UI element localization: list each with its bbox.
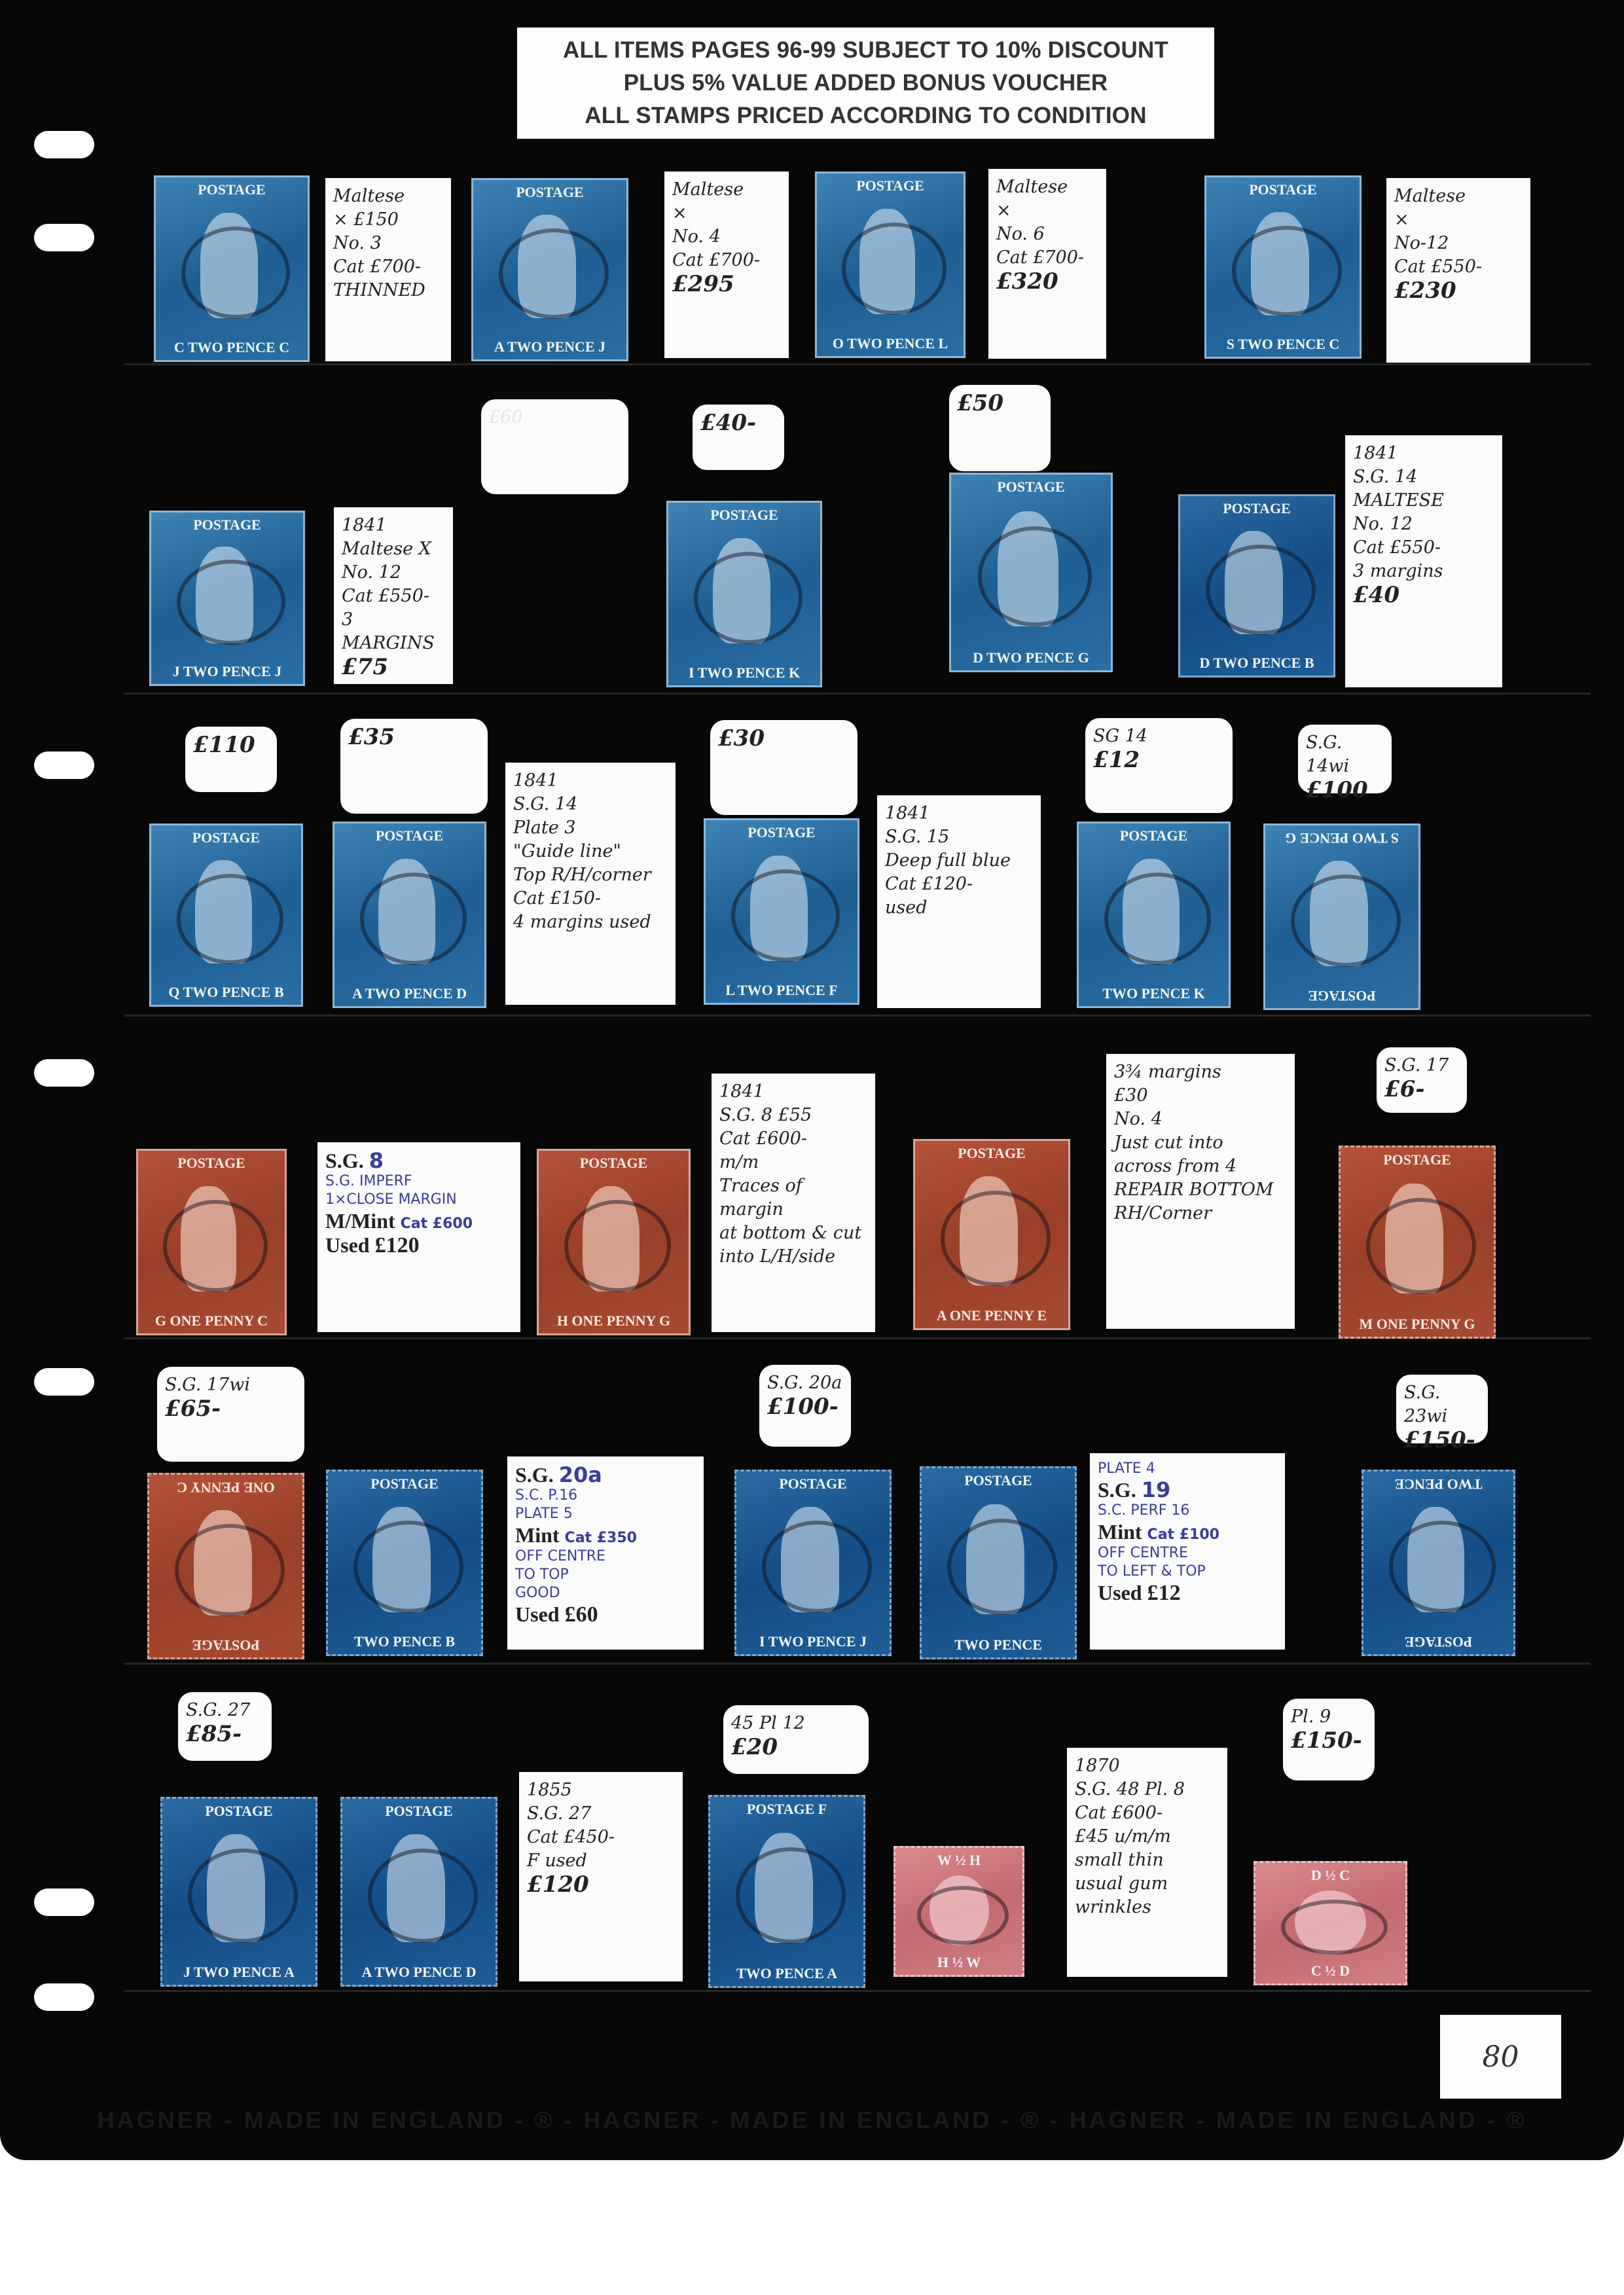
queen-victoria-portrait-icon: [1184, 517, 1329, 655]
price-label: PLATE 4S.G. 19S.C. PERF 16Mint Cat £100O…: [1090, 1453, 1285, 1650]
postmark-cancel-icon: [694, 552, 803, 644]
strip-divider: [124, 1015, 1591, 1017]
catalogue-value: Cat £100: [1147, 1527, 1219, 1543]
price: £65-: [165, 1397, 297, 1420]
used-text: Used: [1098, 1581, 1142, 1604]
price-label: S.G. 27£85-: [178, 1692, 272, 1761]
label-mint: Mint Cat £100: [1098, 1520, 1277, 1544]
price: £320: [996, 270, 1098, 293]
stamp-bottom-inscription: A TWO PENCE D: [338, 985, 480, 1002]
stamp-top-inscription: W ½ H: [899, 1852, 1019, 1869]
queen-victoria-portrait-icon: [1269, 846, 1415, 987]
price-label: Maltese × £150 No. 3 Cat £700- THINNED: [325, 178, 451, 361]
stamp-top-inscription: ONE PENNY C: [153, 1479, 298, 1496]
price-label: 1841 S.G. 15 Deep full blue Cat £120- us…: [877, 795, 1041, 1008]
price-label: Pl. 9£150-: [1283, 1699, 1375, 1780]
stamp-bottom-inscription: TWO PENCE A: [714, 1965, 859, 1982]
label-sg-number: S.G. 20a: [515, 1463, 696, 1487]
strip-divider: [124, 1663, 1591, 1665]
label-used: Used £60: [515, 1602, 696, 1627]
stamp: POSTAGEA ONE PENNY E: [913, 1139, 1070, 1330]
stamp-bottom-inscription: TWO PENCE: [926, 1636, 1071, 1653]
price-label: 45 Pl 12£20: [723, 1705, 869, 1774]
stamp-top-inscription: D ½ C: [1259, 1867, 1401, 1884]
price-label: S.G. 20aS.C. P.16 PLATE 5Mint Cat £350OF…: [507, 1456, 704, 1650]
stamp-top-inscription: POSTAGE: [955, 479, 1107, 496]
postmark-cancel-icon: [181, 226, 290, 319]
postmark-cancel-icon: [736, 1847, 845, 1943]
label-note: S.G. 20a: [767, 1371, 843, 1395]
price-label: SG 14£12: [1085, 718, 1233, 813]
price-label: £110: [185, 727, 277, 792]
queen-victoria-portrait-icon: [1210, 198, 1356, 336]
stamp: POSTAGEM ONE PENNY G: [1339, 1146, 1496, 1339]
postmark-cancel-icon: [368, 1849, 477, 1943]
stamp-bottom-inscription: D TWO PENCE B: [1184, 655, 1329, 672]
stamp: POSTAGEJ TWO PENCE J: [149, 511, 305, 686]
stamp-bottom-inscription: TWO PENCE K: [1083, 985, 1225, 1002]
label-note: S.G. IMPERF 1×CLOSE MARGIN: [325, 1172, 513, 1209]
stamp: POSTAGEL TWO PENCE F: [704, 818, 859, 1005]
strip-divider: [124, 693, 1591, 695]
postmark-cancel-icon: [564, 1200, 672, 1292]
stamp: POSTAGES TWO PENCE C: [1204, 175, 1362, 359]
stamp-top-inscription: POSTAGE: [338, 827, 480, 844]
sg-value: 8: [369, 1148, 384, 1173]
stamp-bottom-inscription: J TWO PENCE J: [155, 663, 299, 680]
label-note: 1841 S.G. 14 Plate 3 "Guide line" Top R/…: [513, 769, 668, 934]
price-label: £60: [481, 399, 628, 494]
price: £150-: [1404, 1428, 1480, 1452]
postmark-cancel-icon: [731, 869, 840, 962]
price: £20: [731, 1735, 861, 1759]
price: £40: [1353, 583, 1494, 607]
label-note: S.G. 27: [186, 1699, 264, 1722]
punch-hole: [34, 1368, 94, 1396]
queen-victoria-portrait-icon: [919, 1162, 1064, 1307]
label-note: S.G. 17wi: [165, 1373, 297, 1397]
punch-hole: [34, 1983, 94, 2011]
used-text: Used: [515, 1602, 560, 1626]
price-label: S.G. 20a£100-: [759, 1365, 851, 1447]
label-note: SG 14: [1093, 725, 1225, 748]
stamp: POSTAGEA TWO PENCE D: [340, 1797, 497, 1987]
postmark-cancel-icon: [842, 223, 947, 315]
price-label: £30: [710, 720, 857, 815]
stamp: POSTAGEA TWO PENCE J: [471, 178, 628, 361]
label-sg-number: S.G. 8: [325, 1149, 513, 1172]
queen-victoria-portrait-icon: [926, 1489, 1071, 1636]
stamp-top-inscription: POSTAGE: [543, 1155, 685, 1172]
queen-victoria-portrait-icon: [142, 1172, 281, 1312]
postmark-cancel-icon: [1232, 226, 1341, 316]
price-label: 1841 S.G. 14 MALTESE No. 12 Cat £550- 3 …: [1345, 435, 1502, 687]
stamp: POSTAGETWO PENCE: [920, 1466, 1077, 1659]
price-label: 1855 S.G. 27 Cat £450- F used£120: [519, 1772, 683, 1981]
queen-victoria-portrait-icon: [714, 1818, 859, 1965]
label-note: 1870 S.G. 48 Pl. 8 Cat £600- £45 u/m/m s…: [1075, 1754, 1219, 1919]
used-text: Used: [325, 1233, 370, 1257]
label-note: Pl. 9: [1291, 1705, 1367, 1729]
queen-victoria-portrait-icon: [160, 198, 304, 339]
price: £75: [342, 655, 445, 679]
stamp: POSTAGEI TWO PENCE J: [734, 1470, 892, 1656]
postmark-cancel-icon: [177, 560, 285, 645]
price-label: 1841 Maltese X No. 12 Cat £550- 3 MARGIN…: [334, 507, 453, 684]
stamp-top-inscription: POSTAGE F: [714, 1801, 859, 1818]
price-label: £40-: [693, 405, 784, 470]
stamp-bottom-inscription: S TWO PENCE C: [1210, 336, 1356, 353]
stamp-bottom-inscription: G ONE PENNY C: [142, 1312, 281, 1329]
price-label: Maltese × No. 4 Cat £700-£295: [664, 172, 789, 358]
label-note: S.C. PERF 16: [1098, 1502, 1277, 1520]
queen-victoria-portrait-icon: [543, 1172, 685, 1312]
stamp-top-inscription: POSTAGE: [166, 1803, 312, 1820]
stamp-bottom-inscription: A ONE PENNY E: [919, 1307, 1064, 1324]
label-used: Used £12: [1098, 1581, 1277, 1605]
strip-divider: [124, 363, 1591, 365]
label-note: 1855 S.G. 27 Cat £450- F used: [527, 1779, 675, 1873]
label-note: 1841 S.G. 15 Deep full blue Cat £120- us…: [885, 802, 1033, 920]
catalogue-value: Cat £600: [401, 1216, 473, 1232]
stamp-top-inscription: POSTAGE: [1344, 1151, 1490, 1168]
label-plate-note: PLATE 4: [1098, 1460, 1277, 1478]
stamp-top-inscription: POSTAGE: [926, 1472, 1071, 1489]
label-sg-number: S.G. 19: [1098, 1478, 1277, 1502]
stamp-bottom-inscription: C ½ D: [1259, 1962, 1401, 1979]
queen-victoria-portrait-icon: [672, 524, 816, 664]
stamp-top-inscription: POSTAGE: [1210, 181, 1356, 198]
label-note: S.G. 23wi: [1404, 1381, 1480, 1428]
price: £40-: [700, 411, 776, 435]
postmark-cancel-icon: [1389, 1521, 1496, 1613]
price-label: 3¾ margins £30 No. 4 Just cut into acros…: [1106, 1054, 1295, 1329]
price-label: £35: [340, 719, 488, 814]
manufacturer-imprint: HAGNER - MADE IN ENGLAND - ® - HAGNER - …: [0, 2106, 1624, 2134]
stamp-bottom-inscription: A TWO PENCE J: [477, 338, 623, 355]
stamp: POSTAGEG ONE PENNY C: [136, 1149, 287, 1335]
catalogue-value: Cat £350: [565, 1530, 637, 1546]
price: £6-: [1384, 1077, 1459, 1101]
punch-hole: [34, 751, 94, 779]
postmark-cancel-icon: [175, 1524, 284, 1616]
stamp: W ½ HH ½ W: [893, 1846, 1024, 1977]
queen-victoria-portrait-icon: [1259, 1884, 1401, 1962]
postmark-cancel-icon: [978, 526, 1092, 626]
postmark-cancel-icon: [353, 1521, 463, 1613]
postmark-cancel-icon: [499, 228, 608, 319]
label-note: Maltese × No. 6 Cat £700-: [996, 175, 1098, 270]
price: £150-: [1291, 1729, 1367, 1752]
stamp-top-inscription: POSTAGE: [155, 516, 299, 533]
notice-line-1: ALL ITEMS PAGES 96-99 SUBJECT TO 10% DIS…: [563, 34, 1168, 67]
stamp-bottom-inscription: TWO PENCE B: [332, 1633, 477, 1650]
stamp: ONE PENNY CPOSTAGE: [147, 1473, 304, 1659]
queen-victoria-portrait-icon: [740, 1492, 886, 1633]
punch-hole: [34, 1888, 94, 1916]
price-label: S.G. 8S.G. IMPERF 1×CLOSE MARGINM/Mint C…: [317, 1142, 520, 1332]
price-label: 1841 S.G. 8 £55 Cat £600- m/m Traces of …: [712, 1074, 875, 1332]
punch-hole: [34, 131, 94, 158]
punch-hole: [34, 224, 94, 251]
price: £35: [348, 725, 480, 749]
stamp: POSTAGEH ONE PENNY G: [537, 1149, 691, 1335]
stamp-top-inscription: POSTAGE: [672, 507, 816, 524]
stamp-bottom-inscription: J TWO PENCE A: [166, 1964, 312, 1981]
stamp-bottom-inscription: A TWO PENCE D: [346, 1964, 492, 1981]
postmark-cancel-icon: [941, 1191, 1050, 1286]
postmark-cancel-icon: [188, 1849, 297, 1943]
notice-line-3: ALL STAMPS PRICED ACCORDING TO CONDITION: [585, 99, 1146, 132]
stamp: POSTAGEI TWO PENCE K: [666, 501, 822, 687]
price-label: S.G. 17£6-: [1377, 1047, 1467, 1113]
stamp-top-inscription: POSTAGE: [142, 1155, 281, 1172]
page-number: 80: [1440, 2015, 1561, 2099]
stamp-bottom-inscription: L TWO PENCE F: [710, 982, 854, 999]
stamp: POSTAGEQ TWO PENCE B: [149, 823, 303, 1007]
price-label: S.G. 17wi£65-: [157, 1367, 304, 1462]
queen-victoria-portrait-icon: [1367, 1492, 1509, 1633]
queen-victoria-portrait-icon: [821, 194, 960, 335]
stamp: D ½ CC ½ D: [1254, 1861, 1407, 1985]
label-note: 1841 S.G. 8 £55 Cat £600- m/m Traces of …: [719, 1080, 867, 1269]
label-note: 45 Pl 12: [731, 1712, 861, 1735]
price: £12: [1093, 748, 1225, 772]
stamp: POSTAGE FTWO PENCE A: [708, 1795, 865, 1988]
price: £120: [527, 1873, 675, 1896]
stamp: TWO PENCEPOSTAGE: [1362, 1470, 1515, 1656]
stamp-top-inscription: S TWO PENCE G: [1269, 829, 1415, 846]
price: £50: [957, 391, 1043, 415]
label-condition-note: OFF CENTRE TO LEFT & TOP: [1098, 1544, 1277, 1581]
postmark-cancel-icon: [1206, 545, 1315, 635]
stamp-bottom-inscription: POSTAGE: [1367, 1633, 1509, 1650]
price: £85-: [186, 1722, 264, 1746]
price: £60: [565, 1602, 598, 1627]
stamp-bottom-inscription: POSTAGE: [153, 1636, 298, 1653]
label-condition-note: OFF CENTRE TO TOP GOOD: [515, 1547, 696, 1602]
stamp: POSTAGED TWO PENCE B: [1178, 494, 1335, 678]
postmark-cancel-icon: [762, 1521, 871, 1613]
stamp-bottom-inscription: C TWO PENCE C: [160, 339, 304, 356]
stamp-top-inscription: POSTAGE: [919, 1145, 1064, 1162]
price-label: 1870 S.G. 48 Pl. 8 Cat £600- £45 u/m/m s…: [1067, 1748, 1227, 1977]
postmark-cancel-icon: [1104, 873, 1212, 965]
stamp-top-inscription: POSTAGE: [332, 1475, 477, 1492]
stamp-bottom-inscription: O TWO PENCE L: [821, 335, 960, 352]
label-note: S.C. P.16 PLATE 5: [515, 1487, 696, 1523]
price: £12: [1147, 1581, 1181, 1605]
stamp-top-inscription: POSTAGE: [1184, 500, 1329, 517]
queen-victoria-portrait-icon: [155, 846, 297, 984]
mint-text: Mint: [515, 1523, 560, 1547]
stamp: POSTAGEC TWO PENCE C: [154, 175, 310, 362]
queen-victoria-portrait-icon: [153, 1496, 298, 1636]
stamp-bottom-inscription: POSTAGE: [1269, 987, 1415, 1004]
stamp-bottom-inscription: H ½ W: [899, 1954, 1019, 1971]
stamp: POSTAGEA TWO PENCE D: [333, 822, 486, 1008]
queen-victoria-portrait-icon: [346, 1820, 492, 1964]
stamp: POSTAGEO TWO PENCE L: [815, 172, 965, 358]
stamp: POSTAGETWO PENCE B: [326, 1470, 483, 1656]
stamp-top-inscription: POSTAGE: [155, 829, 297, 846]
punch-hole: [34, 1059, 94, 1087]
postmark-cancel-icon: [360, 873, 467, 965]
stamp-top-inscription: POSTAGE: [1083, 827, 1225, 844]
price: £230: [1394, 279, 1523, 302]
postmark-cancel-icon: [177, 874, 284, 964]
postmark-cancel-icon: [1281, 1900, 1388, 1955]
stamp-top-inscription: POSTAGE: [477, 184, 623, 201]
postmark-cancel-icon: [917, 1886, 1008, 1945]
postmark-cancel-icon: [1366, 1198, 1475, 1294]
price: £295: [672, 272, 781, 296]
discount-notice: ALL ITEMS PAGES 96-99 SUBJECT TO 10% DIS…: [517, 27, 1214, 139]
mint-text: M/Mint: [325, 1209, 395, 1233]
queen-victoria-portrait-icon: [155, 533, 299, 663]
price-label: Maltese × No. 6 Cat £700-£320: [988, 169, 1106, 359]
queen-victoria-portrait-icon: [710, 841, 854, 982]
stamp-top-inscription: POSTAGE: [740, 1475, 886, 1492]
label-note: S.G. 17: [1384, 1054, 1459, 1077]
stock-sheet: ALL ITEMS PAGES 96-99 SUBJECT TO 10% DIS…: [0, 0, 1624, 2160]
stamp-top-inscription: POSTAGE: [160, 181, 304, 198]
price-label: S.G. 14wi£100: [1298, 725, 1392, 793]
stamp-top-inscription: POSTAGE: [346, 1803, 492, 1820]
label-mint: Mint Cat £350: [515, 1523, 696, 1547]
postmark-cancel-icon: [1291, 875, 1400, 967]
stamp-top-inscription: TWO PENCE: [1367, 1475, 1509, 1492]
label-note: Maltese × No. 4 Cat £700-: [672, 178, 781, 272]
stamp-top-inscription: POSTAGE: [821, 177, 960, 194]
price: £120: [375, 1233, 420, 1257]
queen-victoria-portrait-icon: [1083, 844, 1225, 985]
queen-victoria-portrait-icon: [955, 496, 1107, 649]
mint-text: Mint: [1098, 1520, 1142, 1544]
price: £100-: [767, 1395, 843, 1419]
stamp-bottom-inscription: I TWO PENCE J: [740, 1633, 886, 1650]
queen-victoria-portrait-icon: [166, 1820, 312, 1964]
stamp-bottom-inscription: M ONE PENNY G: [1344, 1316, 1490, 1333]
stamp-top-inscription: POSTAGE: [710, 824, 854, 841]
strip-divider: [124, 1990, 1591, 1992]
stamp-bottom-inscription: H ONE PENNY G: [543, 1312, 685, 1329]
stamp: POSTAGETWO PENCE K: [1077, 822, 1231, 1008]
price-label: S.G. 23wi£150-: [1396, 1375, 1488, 1443]
stamp-bottom-inscription: I TWO PENCE K: [672, 664, 816, 681]
price: £100: [1306, 778, 1384, 802]
price: £30: [718, 727, 850, 750]
notice-line-2: PLUS 5% VALUE ADDED BONUS VOUCHER: [624, 67, 1108, 99]
label-mint: M/Mint Cat £600: [325, 1209, 513, 1233]
label-note: 1841 Maltese X No. 12 Cat £550- 3 MARGIN…: [342, 514, 445, 655]
stamp: POSTAGED TWO PENCE G: [949, 473, 1113, 672]
queen-victoria-portrait-icon: [1344, 1168, 1490, 1316]
sg-value: 19: [1142, 1477, 1171, 1502]
price-label: Maltese × No-12 Cat £550-£230: [1386, 178, 1530, 363]
label-note: Maltese × No-12 Cat £550-: [1394, 185, 1523, 279]
stamp: POSTAGEJ TWO PENCE A: [160, 1797, 317, 1987]
queen-victoria-portrait-icon: [899, 1869, 1019, 1954]
price: £110: [193, 733, 269, 757]
stamp-bottom-inscription: D TWO PENCE G: [955, 649, 1107, 666]
label-note: £60: [489, 406, 621, 429]
label-used: Used £120: [325, 1233, 513, 1257]
queen-victoria-portrait-icon: [477, 201, 623, 338]
label-note: 3¾ margins £30 No. 4 Just cut into acros…: [1114, 1060, 1287, 1225]
sg-value: 20a: [559, 1462, 602, 1487]
postmark-cancel-icon: [163, 1200, 268, 1292]
label-note: 1841 S.G. 14 MALTESE No. 12 Cat £550- 3 …: [1353, 442, 1494, 583]
price-label: £50: [949, 385, 1051, 471]
stamp: S TWO PENCE GPOSTAGE: [1263, 823, 1420, 1010]
label-note: S.G. 14wi: [1306, 731, 1384, 778]
label-note: Maltese × £150 No. 3 Cat £700- THINNED: [333, 185, 443, 302]
queen-victoria-portrait-icon: [332, 1492, 477, 1633]
queen-victoria-portrait-icon: [338, 844, 480, 985]
postmark-cancel-icon: [947, 1519, 1056, 1615]
stamp-bottom-inscription: Q TWO PENCE B: [155, 984, 297, 1001]
price-label: 1841 S.G. 14 Plate 3 "Guide line" Top R/…: [505, 763, 676, 1005]
